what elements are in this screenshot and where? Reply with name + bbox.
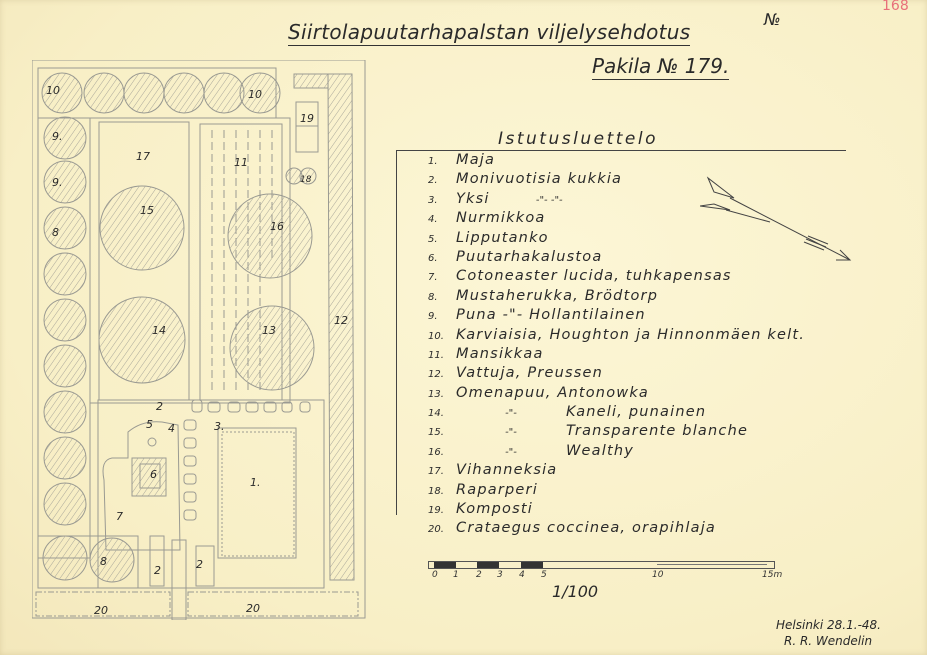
garden-plan: 10 10 9. 9. 8 17 11 18 19 15 16 14 13 12…: [32, 60, 367, 620]
legend-item: 15.-"-Transparente blanche: [428, 423, 805, 442]
legend-item: 7.Cotoneaster lucida, tuhkapensas: [428, 268, 805, 287]
legend-item: 13.Omenapuu, Antonowka: [428, 385, 805, 404]
flower-bed-left: [150, 536, 164, 586]
compost-box: [296, 102, 318, 152]
svg-text:9.: 9.: [52, 176, 63, 189]
svg-text:10: 10: [46, 84, 60, 97]
svg-text:3.: 3.: [214, 420, 225, 433]
svg-text:11: 11: [234, 156, 248, 169]
svg-text:16: 16: [270, 220, 284, 233]
flagpole: [148, 438, 156, 446]
svg-text:2: 2: [156, 400, 163, 413]
svg-text:9.: 9.: [52, 130, 63, 143]
scale-tick: 3: [497, 570, 503, 580]
legend-item: 19.Komposti: [428, 501, 805, 520]
hawthorn-hedge-right: [188, 592, 358, 616]
svg-text:1.: 1.: [250, 476, 261, 489]
legend-item: 12.Vattuja, Preussen: [428, 365, 805, 384]
svg-text:2: 2: [196, 558, 203, 571]
svg-text:12: 12: [334, 314, 348, 327]
legend-item: 16.-"-Wealthy: [428, 443, 805, 462]
place-date: Helsinki 28.1.-48.: [776, 618, 881, 632]
svg-text:7: 7: [116, 510, 123, 523]
svg-text:10: 10: [248, 88, 262, 101]
svg-text:8: 8: [52, 226, 59, 239]
svg-text:15: 15: [140, 204, 154, 217]
scale-tick: 5: [541, 570, 547, 580]
gooseberry-bushes: [42, 73, 280, 113]
legend-item: 8.Mustaherukka, Brödtorp: [428, 288, 805, 307]
legend-left-rule: [396, 150, 397, 515]
number-mark: №: [764, 10, 781, 29]
legend-item: 20.Crataegus coccinea, orapihlaja: [428, 520, 805, 539]
north-arrow-icon: [700, 172, 860, 267]
svg-text:4: 4: [168, 422, 175, 435]
scale-tick: 10: [652, 570, 663, 580]
svg-text:17: 17: [136, 150, 150, 163]
scale-tick: 2: [476, 570, 482, 580]
scale-ratio: 1/100: [552, 582, 598, 601]
legend-item: 17.Vihanneksia: [428, 462, 805, 481]
legend-item: 1.Maja: [428, 152, 805, 171]
drawing-title: Siirtolapuutarhapalstan viljelysehdotus: [288, 20, 690, 46]
drawing-sheet: Siirtolapuutarhapalstan viljelysehdotus …: [0, 0, 927, 655]
scale-bar: [428, 561, 775, 569]
legend-item: 9.Puna -"- Hollantilainen: [428, 307, 805, 326]
svg-text:19: 19: [300, 112, 314, 125]
legend-item: 14.-"-Kaneli, punainen: [428, 404, 805, 423]
legend-item: 11.Mansikkaa: [428, 346, 805, 365]
legend-title: Istutusluettelo: [498, 129, 658, 149]
svg-text:18: 18: [300, 175, 312, 185]
legend-divider: [396, 150, 846, 151]
raspberry-hedge: [328, 74, 354, 580]
svg-text:2: 2: [154, 564, 161, 577]
svg-text:20: 20: [246, 602, 260, 615]
scale-tick: 1: [453, 570, 459, 580]
apple-trees: [99, 168, 316, 390]
archive-number: 168: [882, 0, 909, 14]
house-maja: [218, 428, 296, 558]
svg-text:6: 6: [150, 468, 157, 481]
legend-item: 10.Karviaisia, Houghton ja Hinnonmäen ke…: [428, 327, 805, 346]
scale-tick: 15m: [762, 570, 782, 580]
svg-text:14: 14: [152, 324, 166, 337]
svg-text:8: 8: [100, 555, 107, 568]
plot-number: Pakila № 179.: [592, 54, 729, 80]
scale-tick: 4: [519, 570, 525, 580]
signature: R. R. Wendelin: [784, 634, 872, 648]
legend-item: 18.Raparperi: [428, 482, 805, 501]
svg-text:5: 5: [146, 418, 153, 431]
svg-text:13: 13: [262, 324, 276, 337]
scale-tick: 0: [432, 570, 438, 580]
svg-text:20: 20: [94, 604, 108, 617]
